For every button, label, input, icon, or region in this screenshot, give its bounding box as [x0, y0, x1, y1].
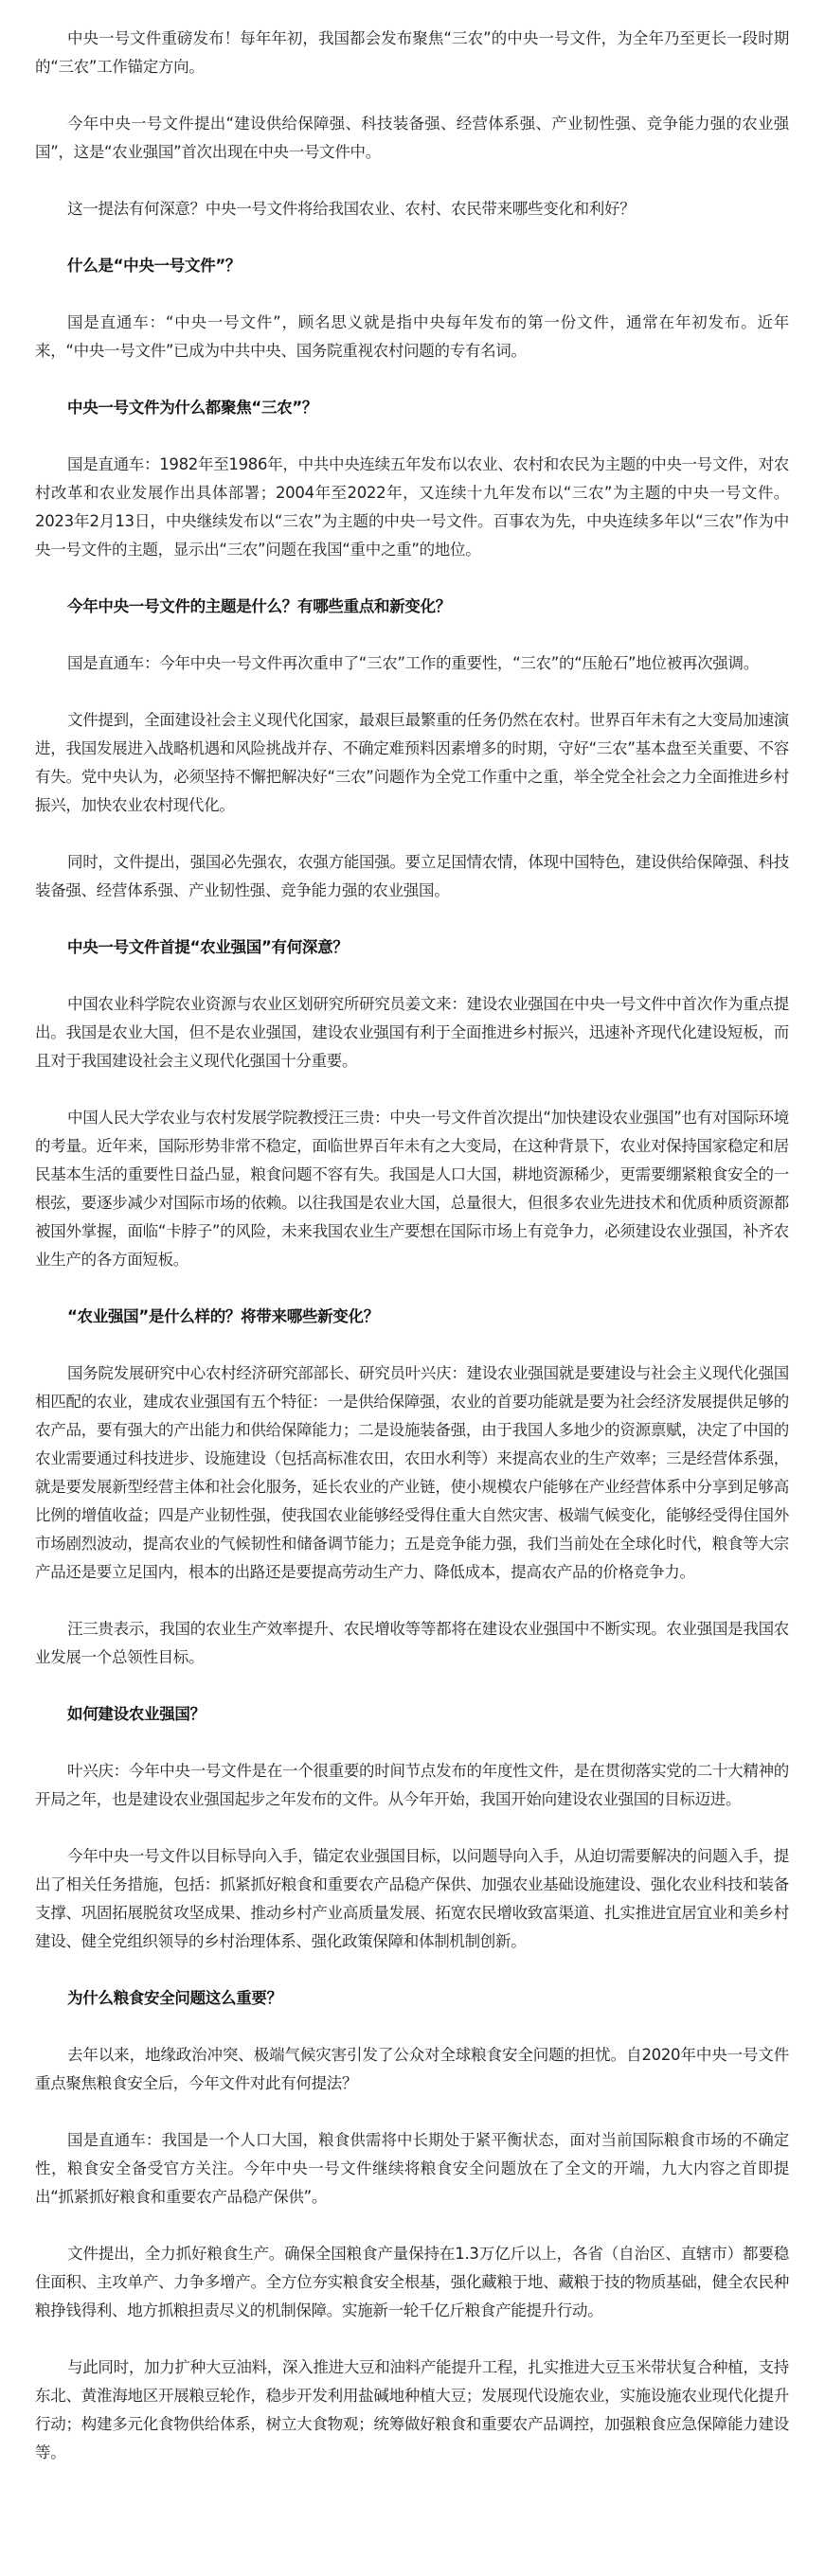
question-paragraph: 去年以来，地缘政治冲突、极端气候灾害引发了公众对全球粮食安全问题的担忧。自202…	[35, 2041, 789, 2098]
section-heading-theme-changes: 今年中央一号文件的主题是什么？有哪些重点和新变化？	[35, 593, 789, 621]
intro-paragraph: 中央一号文件重磅发布！每年年初，我国都会发布聚焦“三农”的中央一号文件，为全年乃…	[35, 25, 789, 81]
expert-quote-paragraph: 中国人民大学农业与农村发展学院教授汪三贵：中央一号文件首次提出“加快建设农业强国…	[35, 1104, 789, 1274]
section-heading-food-security: 为什么粮食安全问题这么重要？	[35, 1984, 789, 2013]
answer-paragraph: 国是直通车：“中央一号文件”，顾名思义就是指中央每年发布的第一份文件，通常在年初…	[35, 309, 789, 365]
answer-paragraph: 与此同时，加力扩种大豆油料，深入推进大豆和油料产能提升工程，扎实推进大豆玉米带状…	[35, 2354, 789, 2467]
expert-quote-paragraph: 国务院发展研究中心农村经济研究部部长、研究员叶兴庆：建设农业强国就是要建设与社会…	[35, 1359, 789, 1587]
section-heading-how-to-build: 如何建设农业强国？	[35, 1700, 789, 1729]
expert-quote-paragraph: 叶兴庆：今年中央一号文件是在一个很重要的时间节点发布的年度性文件，是在贯彻落实党…	[35, 1757, 789, 1814]
article-body: 中央一号文件重磅发布！每年年初，我国都会发布聚焦“三农”的中央一号文件，为全年乃…	[0, 0, 825, 2533]
answer-paragraph: 文件提出，全力抓好粮食生产。确保全国粮食产量保持在1.3万亿斤以上，各省（自治区…	[35, 2240, 789, 2325]
section-heading-what-is-doc1: 什么是“中央一号文件”？	[35, 252, 789, 280]
section-heading-why-sannong: 中央一号文件为什么都聚焦“三农”？	[35, 394, 789, 422]
answer-paragraph: 同时，文件提出，强国必先强农，农强方能国强。要立足国情农情，体现中国特色，建设供…	[35, 848, 789, 905]
intro-paragraph: 今年中央一号文件提出“建设供给保障强、科技装备强、经营体系强、产业韧性强、竞争能…	[35, 110, 789, 167]
answer-paragraph: 今年中央一号文件以目标导向入手，锚定农业强国目标，以问题导向入手，从迫切需要解决…	[35, 1842, 789, 1956]
answer-paragraph: 文件提到，全面建设社会主义现代化国家，最艰巨最繁重的任务仍然在农村。世界百年未有…	[35, 706, 789, 820]
answer-paragraph: 国是直通车：1982年至1986年，中共中央连续五年发布以农业、农村和农民为主题…	[35, 451, 789, 564]
answer-paragraph: 国是直通车：我国是一个人口大国，粮食供需将中长期处于紧平衡状态，面对当前国际粮食…	[35, 2126, 789, 2212]
section-heading-agri-power-features: “农业强国”是什么样的？将带来哪些新变化？	[35, 1303, 789, 1331]
intro-question: 这一提法有何深意？中央一号文件将给我国农业、农村、农民带来哪些变化和利好？	[35, 195, 789, 223]
answer-paragraph: 国是直通车：今年中央一号文件再次重申了“三农”工作的重要性，“三农”的“压舱石”…	[35, 649, 789, 678]
expert-quote-paragraph: 中国农业科学院农业资源与农业区划研究所研究员姜文来：建设农业强国在中央一号文件中…	[35, 990, 789, 1075]
section-heading-agri-power-meaning: 中央一号文件首提“农业强国”有何深意？	[35, 933, 789, 962]
expert-quote-paragraph: 汪三贵表示，我国的农业生产效率提升、农民增收等等都将在建设农业强国中不断实现。农…	[35, 1615, 789, 1672]
